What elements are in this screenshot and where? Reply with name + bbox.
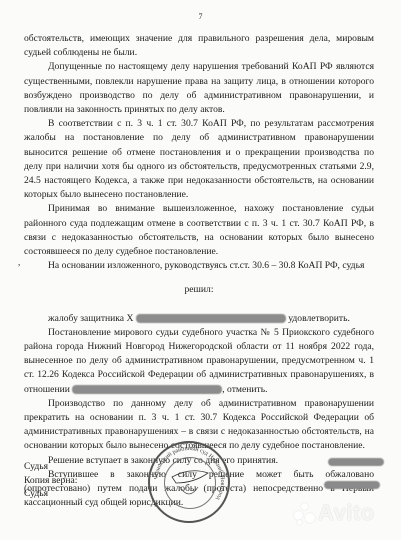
page-number: 7 <box>0 12 401 21</box>
document-body: обстоятельств, имеющих значение для прав… <box>24 32 374 511</box>
paragraph-1: обстоятельств, имеющих значение для прав… <box>24 32 374 60</box>
avito-watermark: Avito <box>318 500 375 526</box>
ruling-paragraph: Постановление мирового судьи судебного у… <box>24 326 374 397</box>
paragraph-3: В соответствии с п. 3 ч. 1 ст. 30.7 КоАП… <box>24 117 374 202</box>
ruling-text: Постановление мирового судьи судебного у… <box>24 327 374 381</box>
complaint-line: жалобу защитника Х удовлетворить. <box>24 312 374 326</box>
stamp-text: Приокский районный суд Нижний Новгород <box>150 443 228 521</box>
margin-mark: , <box>18 257 20 267</box>
complaint-prefix: жалобу защитника Х <box>48 313 133 324</box>
avito-logo-icon <box>294 503 316 525</box>
decided-heading: решил: <box>24 283 374 297</box>
paragraph-4: Принимая во внимание вышеизложенное, нах… <box>24 202 374 259</box>
redacted-signature-2 <box>324 481 380 489</box>
redacted-person <box>72 385 222 394</box>
ruling-suffix: , отменить. <box>222 384 267 395</box>
redacted-signature-1 <box>328 458 384 466</box>
signature-judge-label: Судья <box>24 460 77 474</box>
document-page: 7 обстоятельств, имеющих значение для пр… <box>0 0 401 540</box>
court-stamp: Приокский районный суд Нижний Новгород <box>148 441 230 523</box>
redacted-name <box>136 314 286 323</box>
paragraph-5: На основании изложенного, руководствуясь… <box>24 259 374 273</box>
paragraph-2: Допущенные по настоящему делу нарушения … <box>24 60 374 117</box>
signature-block: Судья Копия верна: Судья <box>24 460 77 501</box>
svg-text:Приокский районный суд Нижний: Приокский районный суд Нижний Новгород <box>153 446 225 501</box>
complaint-suffix: удовлетворить. <box>288 313 350 324</box>
signature-judge-label-2: Судья <box>24 487 77 501</box>
signature-copy-label: Копия верна: <box>24 474 77 488</box>
